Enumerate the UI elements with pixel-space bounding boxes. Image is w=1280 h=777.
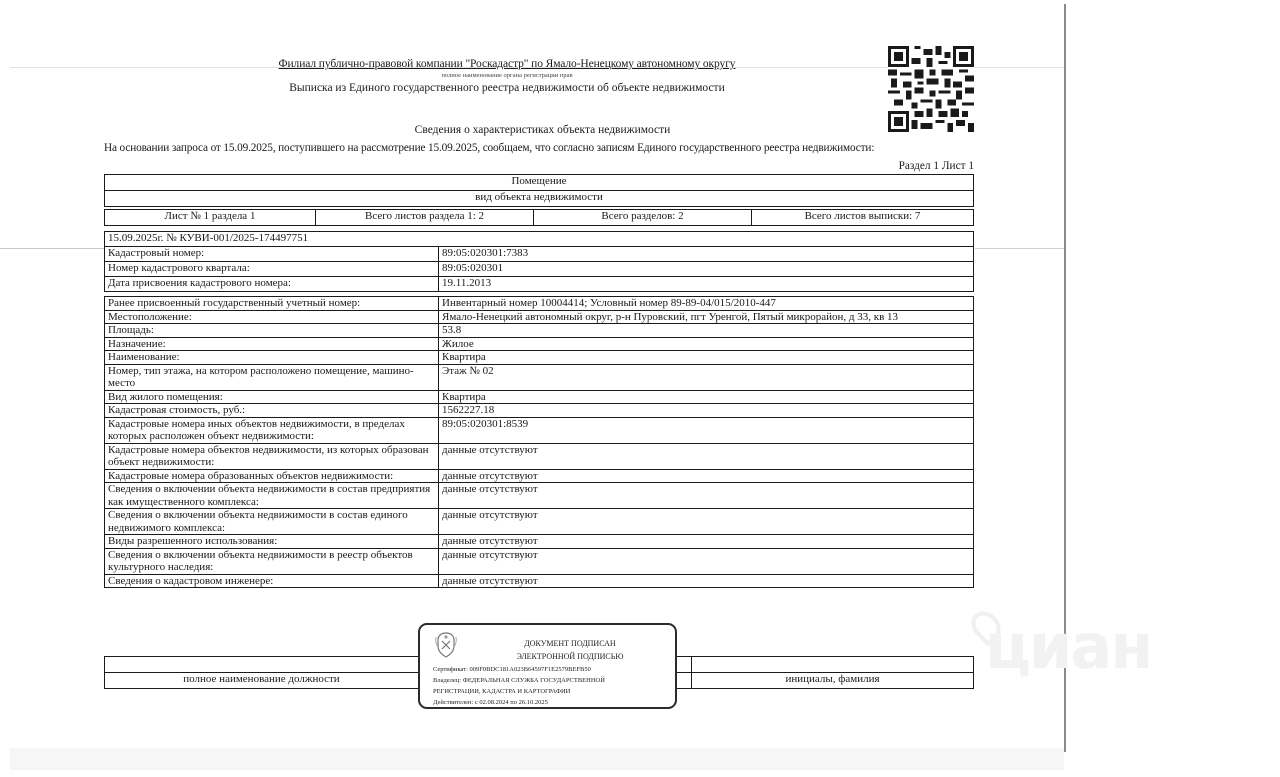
record-table: 15.09.2025г. № КУВИ-001/2025-174497751 К… <box>104 231 974 292</box>
assignment-date: 19.11.2013 <box>439 277 974 292</box>
row-label: Дата присвоения кадастрового номера: <box>105 277 439 292</box>
row-value: 89:05:020301:8539 <box>439 417 974 443</box>
cadastral-number: 89:05:020301:7383 <box>439 247 974 262</box>
row-label: Площадь: <box>105 324 439 338</box>
row-label: Вид жилого помещения: <box>105 390 439 404</box>
stamp-title: ДОКУМЕНТ ПОДПИСАН <box>480 639 660 648</box>
sections-total: Всего разделов: 2 <box>534 210 752 226</box>
document-title: Выписка из Единого государственного реес… <box>269 82 745 94</box>
organization-name: Филиал публично-правовой компании "Роска… <box>269 58 745 70</box>
row-label: Сведения о кадастровом инженере: <box>105 574 439 588</box>
row-value: Жилое <box>439 337 974 351</box>
section-sheets-total: Всего листов раздела 1: 2 <box>316 210 534 226</box>
extract-sheets-total: Всего листов выписки: 7 <box>752 210 974 226</box>
position-caption: полное наименование должности <box>105 673 419 689</box>
row-label: Назначение: <box>105 337 439 351</box>
row-value: данные отсутствуют <box>439 535 974 549</box>
object-type-table: Помещение вид объекта недвижимости <box>104 174 974 207</box>
row-value: Квартира <box>439 390 974 404</box>
scan-artifact-line <box>975 248 1065 249</box>
stamp-validity: Действителен: с 02.08.2024 по 26.10.2025 <box>433 699 548 706</box>
table-row: Назначение:Жилое <box>105 337 974 351</box>
table-row: Площадь:53.8 <box>105 324 974 338</box>
table-row: Кадастровые номера иных объектов недвижи… <box>105 417 974 443</box>
table-row: Сведения о включении объекта недвижимост… <box>105 509 974 535</box>
table-row: Местоположение:Ямало-Ненецкий автономный… <box>105 310 974 324</box>
table-row: Дата присвоения кадастрового номера: 19.… <box>105 277 974 292</box>
position-field <box>105 657 419 673</box>
row-value: данные отсутствуют <box>439 509 974 535</box>
row-label: Сведения о включении объекта недвижимост… <box>105 509 439 535</box>
scan-artifact-band <box>10 748 1064 770</box>
row-label: Номер, тип этажа, на котором расположено… <box>105 364 439 390</box>
electronic-signature-stamp: ДОКУМЕНТ ПОДПИСАН ЭЛЕКТРОННОЙ ПОДПИСЬЮ С… <box>418 623 677 709</box>
stamp-subtitle: ЭЛЕКТРОННОЙ ПОДПИСЬЮ <box>480 652 660 661</box>
table-row: Виды разрешенного использования:данные о… <box>105 535 974 549</box>
cadastral-quarter: 89:05:020301 <box>439 262 974 277</box>
table-row: Кадастровая стоимость, руб.:1562227.18 <box>105 404 974 418</box>
table-row: Кадастровый номер: 89:05:020301:7383 <box>105 247 974 262</box>
row-value: Инвентарный номер 10004414; Условный ном… <box>439 297 974 311</box>
section-sheet-label: Раздел 1 Лист 1 <box>899 160 974 172</box>
row-label: Наименование: <box>105 351 439 365</box>
row-label: Ранее присвоенный государственный учетны… <box>105 297 439 311</box>
section-title: Сведения о характеристиках объекта недви… <box>330 124 755 136</box>
row-value: данные отсутствуют <box>439 443 974 469</box>
row-value: Этаж № 02 <box>439 364 974 390</box>
row-value: 1562227.18 <box>439 404 974 418</box>
row-value: данные отсутствуют <box>439 469 974 483</box>
row-label: Кадастровая стоимость, руб.: <box>105 404 439 418</box>
table-row: Сведения о кадастровом инженере:данные о… <box>105 574 974 588</box>
table-row: Номер, тип этажа, на котором расположено… <box>105 364 974 390</box>
row-value: данные отсутствуют <box>439 483 974 509</box>
name-caption: инициалы, фамилия <box>692 673 974 689</box>
row-label: Номер кадастрового квартала: <box>105 262 439 277</box>
row-label: Кадастровые номера образованных объектов… <box>105 469 439 483</box>
characteristics-table: Ранее присвоенный государственный учетны… <box>104 296 974 588</box>
name-field <box>692 657 974 673</box>
row-value: Квартира <box>439 351 974 365</box>
rosreestr-emblem-icon <box>434 631 458 659</box>
request-statement: На основании запроса от 15.09.2025, пост… <box>104 142 974 154</box>
watermark: циан <box>985 610 1151 683</box>
table-row: Номер кадастрового квартала: 89:05:02030… <box>105 262 974 277</box>
row-label: Сведения о включении объекта недвижимост… <box>105 483 439 509</box>
object-type-caption: вид объекта недвижимости <box>105 191 974 207</box>
sheet-number: Лист № 1 раздела 1 <box>105 210 316 226</box>
record-number: 15.09.2025г. № КУВИ-001/2025-174497751 <box>105 232 974 247</box>
row-label: Кадастровый номер: <box>105 247 439 262</box>
sheet-info-table: Лист № 1 раздела 1 Всего листов раздела … <box>104 209 974 226</box>
stamp-owner: Владелец: ФЕДЕРАЛЬНАЯ СЛУЖБА ГОСУДАРСТВЕ… <box>433 677 605 684</box>
table-row: Сведения о включении объекта недвижимост… <box>105 548 974 574</box>
organization-caption: полное наименование органа регистрации п… <box>269 72 745 79</box>
table-row: Кадастровые номера объектов недвижимости… <box>105 443 974 469</box>
table-row: Наименование:Квартира <box>105 351 974 365</box>
table-row: Сведения о включении объекта недвижимост… <box>105 483 974 509</box>
row-label: Сведения о включении объекта недвижимост… <box>105 548 439 574</box>
object-type-value: Помещение <box>105 175 974 191</box>
row-value: данные отсутствуют <box>439 548 974 574</box>
row-value: 53.8 <box>439 324 974 338</box>
row-label: Кадастровые номера иных объектов недвижи… <box>105 417 439 443</box>
table-row: Кадастровые номера образованных объектов… <box>105 469 974 483</box>
row-label: Виды разрешенного использования: <box>105 535 439 549</box>
table-row: Ранее присвоенный государственный учетны… <box>105 297 974 311</box>
row-label: Местоположение: <box>105 310 439 324</box>
scan-artifact-line <box>0 248 105 249</box>
table-row: Вид жилого помещения:Квартира <box>105 390 974 404</box>
stamp-owner-continued: РЕГИСТРАЦИИ, КАДАСТРА И КАРТОГРАФИИ <box>433 688 570 695</box>
row-value: данные отсутствуют <box>439 574 974 588</box>
qr-code-icon <box>888 46 974 132</box>
stamp-certificate: Сертификат: 009F0BDC181A023B64597F1E2579… <box>433 666 591 673</box>
row-label: Кадастровые номера объектов недвижимости… <box>105 443 439 469</box>
row-value: Ямало-Ненецкий автономный округ, р-н Пур… <box>439 310 974 324</box>
